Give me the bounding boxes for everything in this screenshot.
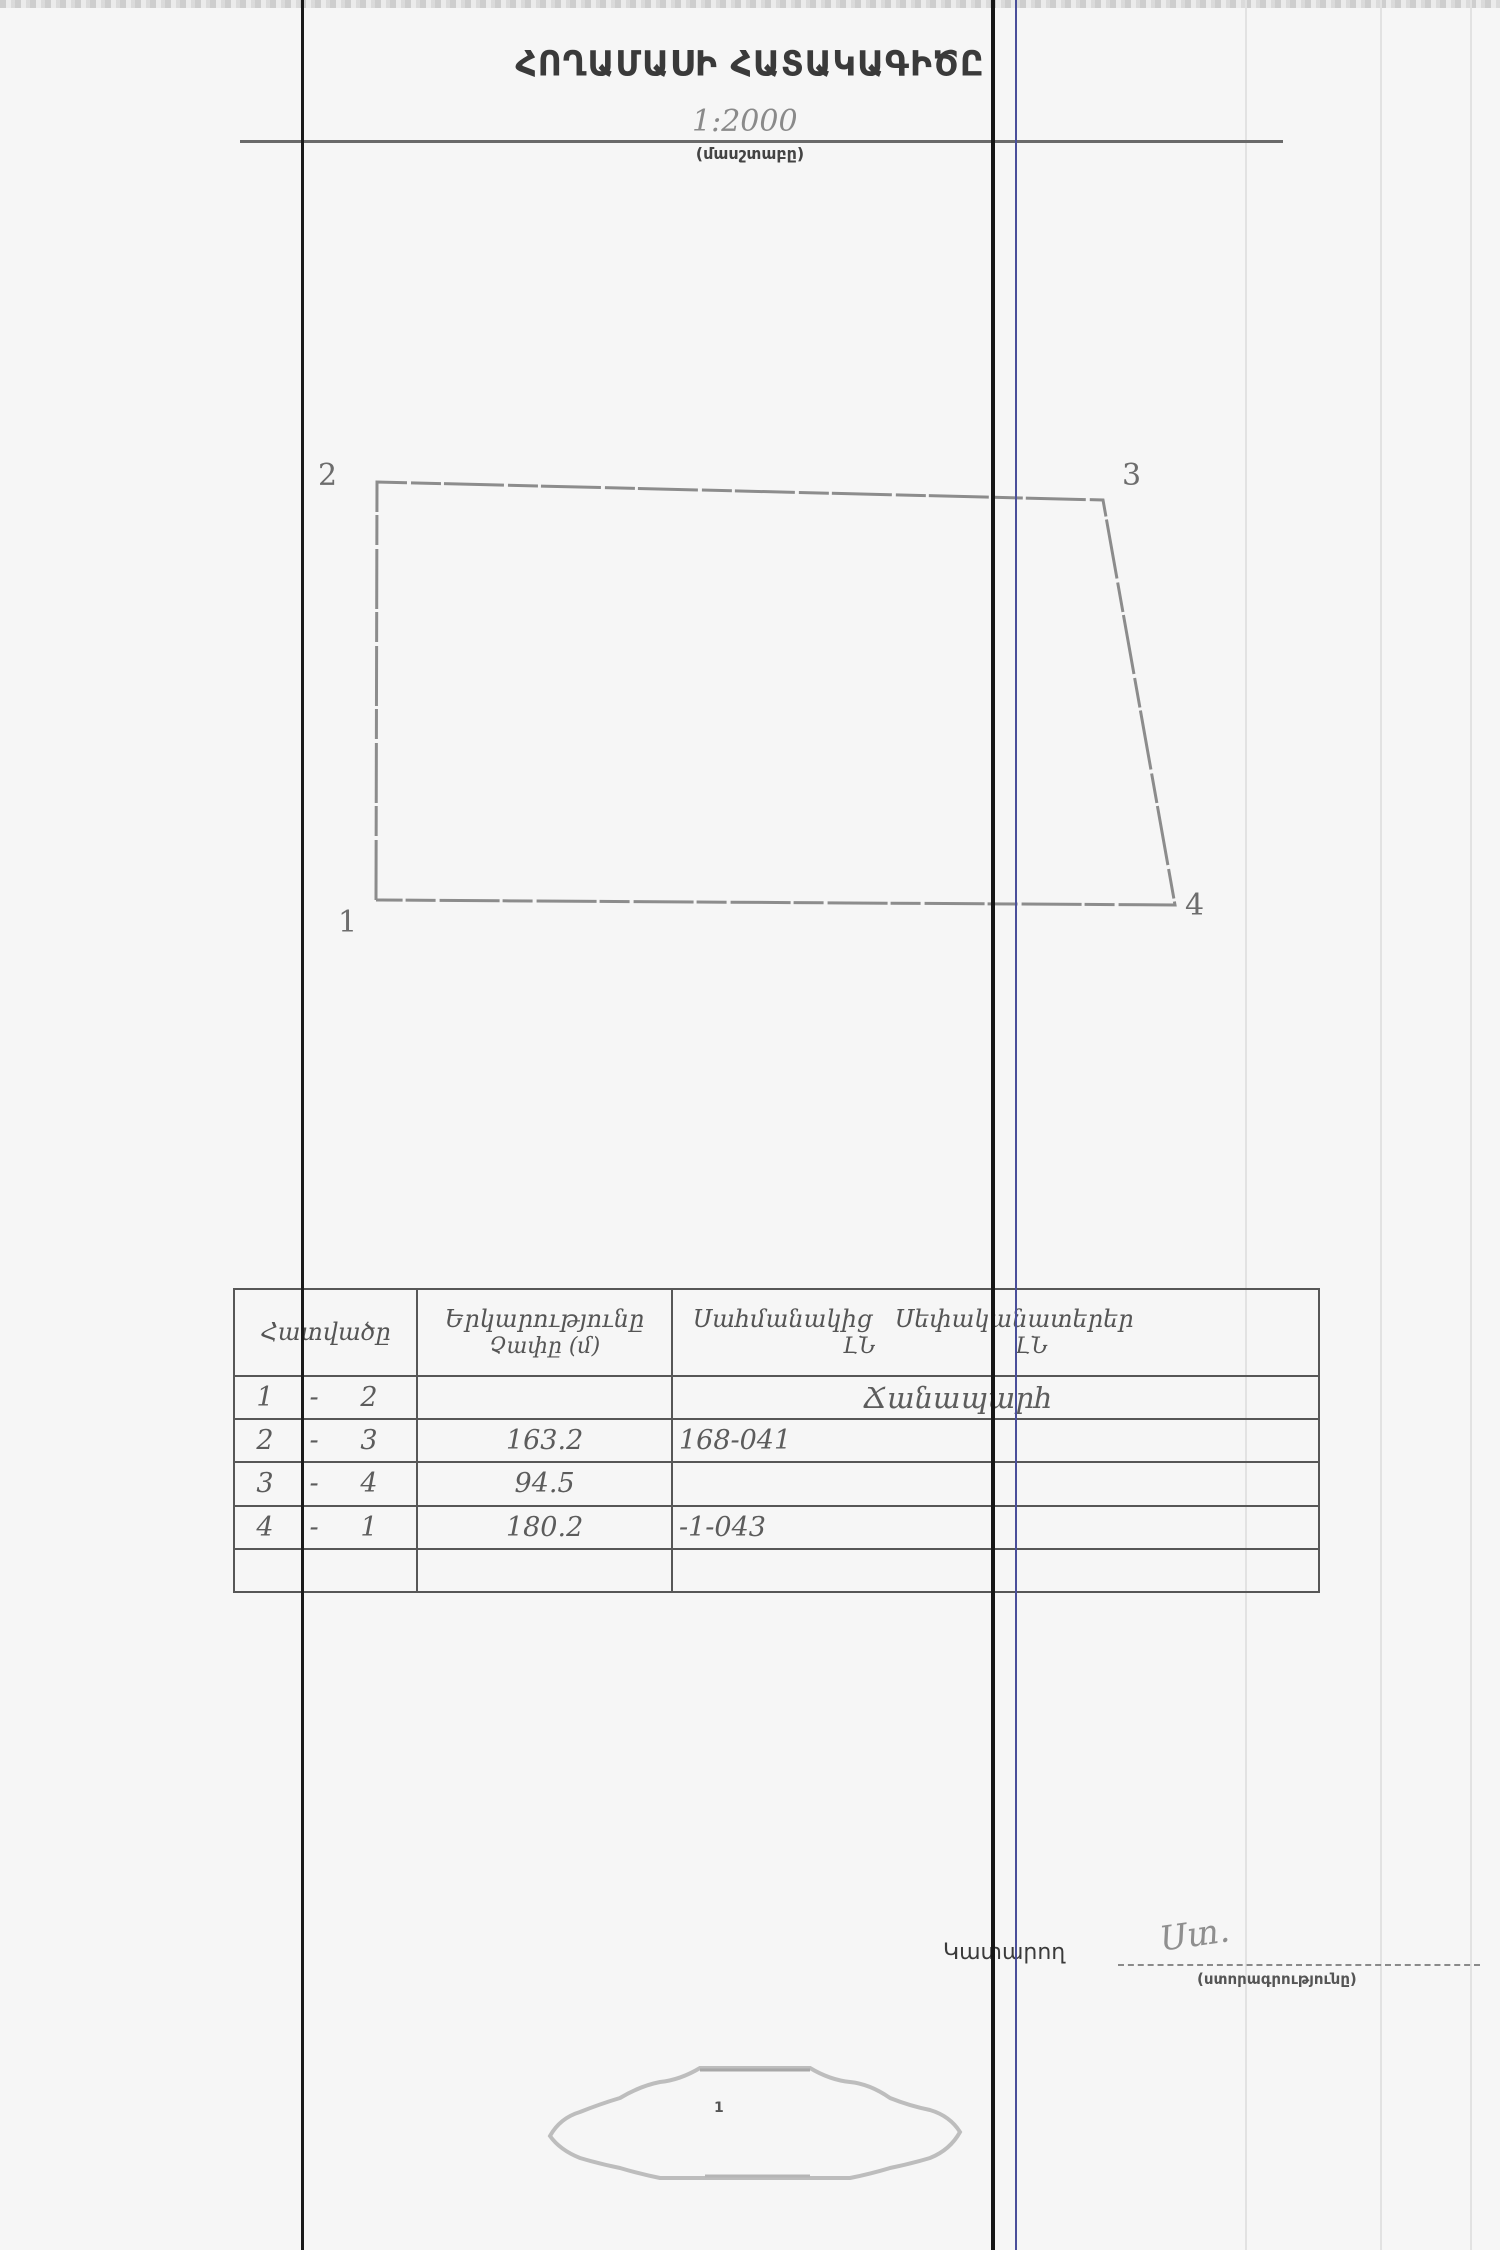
length-cell: 94.5: [417, 1462, 672, 1505]
signature-caption: (ստորագրությունը): [1197, 1970, 1357, 1988]
adjacent-cell: -1-043: [672, 1506, 1319, 1549]
scan-vertical-line: [301, 0, 304, 2250]
adjacent-cell: 168-041: [672, 1419, 1319, 1462]
adjacent-cell: [672, 1462, 1319, 1505]
length-cell: [417, 1376, 672, 1419]
table-row: 4-1 180.2 -1-043: [234, 1506, 1319, 1549]
header-segment: Հատվածը: [234, 1289, 417, 1376]
table-row: 3-4 94.5: [234, 1462, 1319, 1505]
point-label-4: 4: [1185, 888, 1204, 923]
scale-caption: (մասշտաբը): [0, 144, 1500, 163]
segment-cell: 3-4: [234, 1462, 417, 1505]
table-row: 1-2 Ճանապարհ: [234, 1376, 1319, 1419]
point-label-1: 1: [338, 905, 357, 940]
header-adjacent-line2: ԼՆ ԼՆ: [693, 1334, 1312, 1360]
scan-edge-artifact: [0, 0, 1500, 8]
page-number: 1: [714, 2100, 724, 2116]
segment-cell: [234, 1549, 417, 1592]
length-cell: 180.2: [417, 1506, 672, 1549]
signature: Ստ.: [1158, 1910, 1232, 1959]
header-length-line1: Երկարությունը: [445, 1305, 644, 1333]
segment-cell: 4-1: [234, 1506, 417, 1549]
boundary-table: Հատվածը Երկարությունը Չափը (մ) Սահմանակի…: [233, 1288, 1320, 1593]
table-row: 2-3 163.2 168-041: [234, 1419, 1319, 1462]
length-cell: [417, 1549, 672, 1592]
scan-vertical-line: [991, 0, 995, 2250]
segment-cell: 1-2: [234, 1376, 417, 1419]
ornamental-stamp: [530, 2040, 980, 2190]
table-row-empty: [234, 1549, 1319, 1592]
table-header-row: Հատվածը Երկարությունը Չափը (մ) Սահմանակի…: [234, 1289, 1319, 1376]
scan-stripe: [1470, 0, 1472, 2250]
scan-stripe: [1245, 0, 1247, 2250]
title-divider: [240, 140, 1283, 143]
performer-label: Կատարող: [943, 1940, 1065, 1965]
signature-line: [1118, 1964, 1480, 1966]
header-length: Երկարությունը Չափը (մ): [417, 1289, 672, 1376]
header-adjacent-line1: Սահմանակից Սեփականատերեր: [693, 1305, 1134, 1333]
plot-drawing: 1 2 3 4: [0, 0, 1500, 2250]
header-adjacent: Սահմանակից Սեփականատերեր ԼՆ ԼՆ: [672, 1289, 1319, 1376]
adjacent-cell: Ճանապարհ: [672, 1376, 1319, 1419]
document-title: ՀՈՂԱՄԱՍԻ ՀԱՏԱԿԱԳԻԾԸ: [0, 43, 1500, 84]
scale-value: 1:2000: [692, 104, 798, 139]
point-label-2: 2: [318, 458, 337, 493]
point-label-3: 3: [1122, 458, 1141, 493]
header-length-line2: Չափը (մ): [424, 1334, 665, 1360]
segment-cell: 2-3: [234, 1419, 417, 1462]
adjacent-cell: [672, 1549, 1319, 1592]
scan-vertical-line-blue: [1015, 0, 1017, 2250]
scan-stripe: [1380, 0, 1382, 2250]
plot-boundary: [376, 482, 1175, 905]
length-cell: 163.2: [417, 1419, 672, 1462]
